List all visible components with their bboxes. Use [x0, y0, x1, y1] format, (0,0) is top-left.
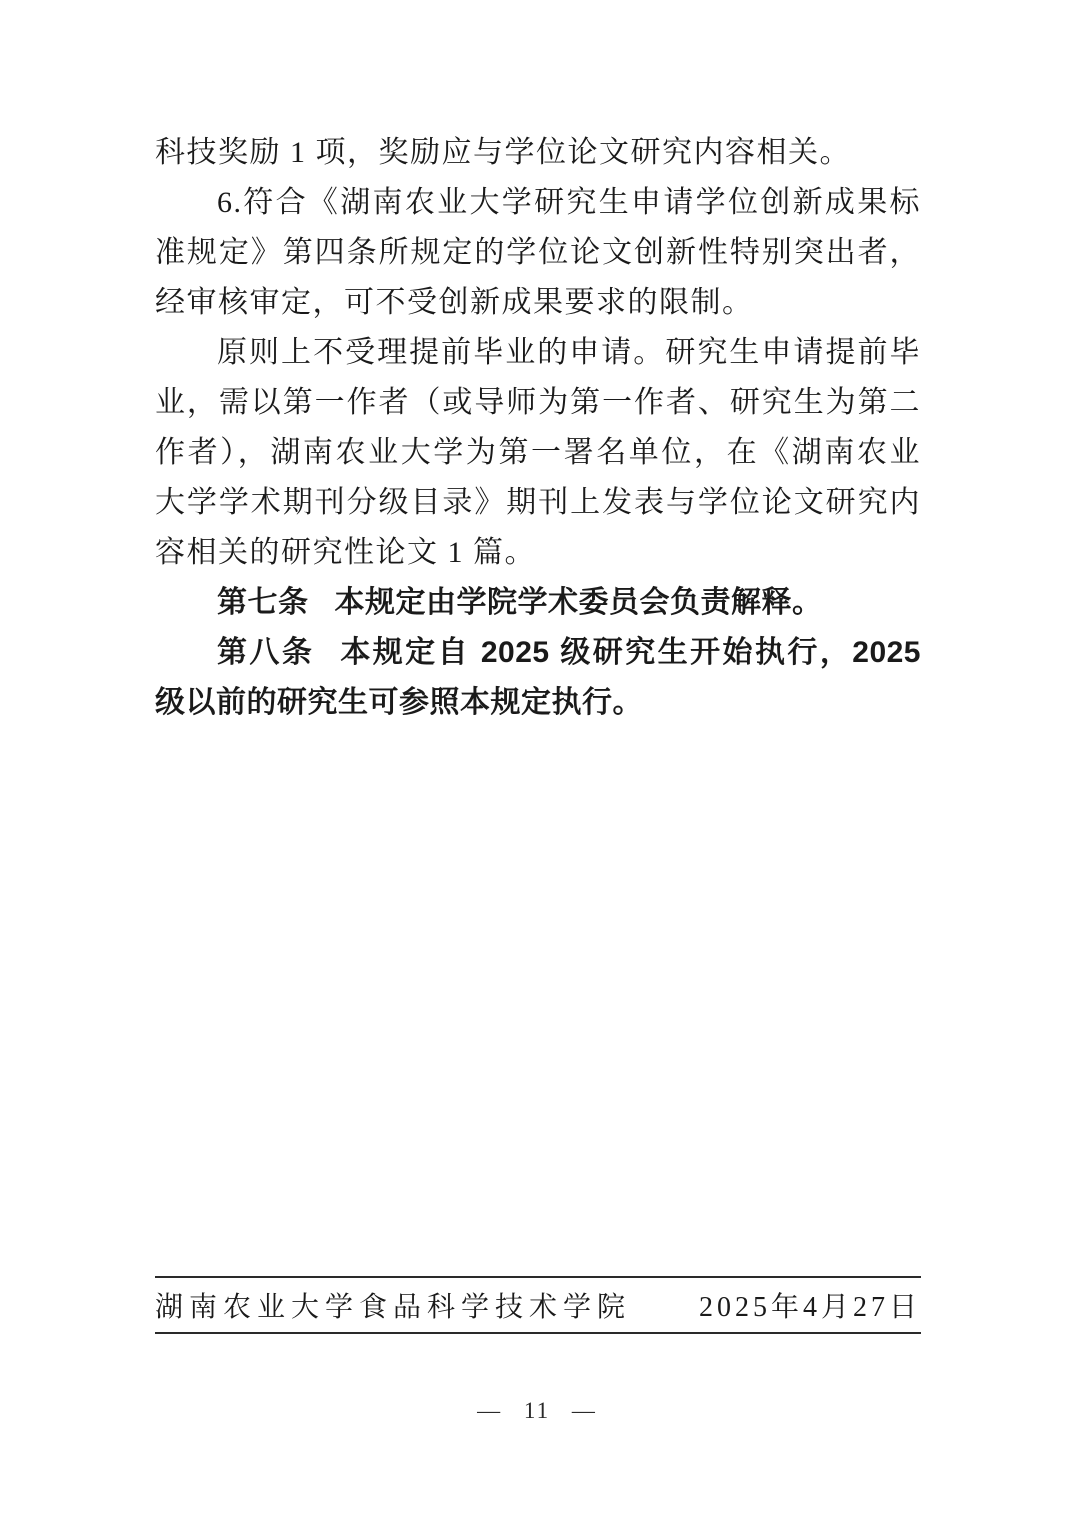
footer-bottom-rule [155, 1332, 921, 1334]
footer-date: 2025年4月27日 [699, 1285, 921, 1325]
article-7: 第七条本规定由学院学术委员会负责解释。 [155, 578, 921, 628]
page-number: — 11 — [0, 1398, 1074, 1424]
paragraph-continuation: 科技奖励 1 项，奖励应与学位论文研究内容相关。 [155, 128, 921, 178]
institution-name: 湖南农业大学食品科学技术学院 [155, 1285, 631, 1325]
page-footer: 湖南农业大学食品科学技术学院 2025年4月27日 [155, 1276, 921, 1334]
article-7-term: 第七条 [217, 586, 309, 619]
article-8-term: 第八条 [217, 636, 314, 669]
footer-row: 湖南农业大学食品科学技术学院 2025年4月27日 [155, 1278, 921, 1332]
article-8: 第八条本规定自 2025 级研究生开始执行，2025 级以前的研究生可参照本规定… [155, 628, 921, 728]
paragraph-item-6: 6.符合《湖南农业大学研究生申请学位创新成果标准规定》第四条所规定的学位论文创新… [155, 178, 921, 328]
paragraph-early-graduation: 原则上不受理提前毕业的申请。研究生申请提前毕业，需以第一作者（或导师为第一作者、… [155, 328, 921, 578]
document-page: 科技奖励 1 项，奖励应与学位论文研究内容相关。 6.符合《湖南农业大学研究生申… [0, 0, 1074, 1520]
article-7-text: 本规定由学院学术委员会负责解释。 [335, 586, 823, 619]
document-body: 科技奖励 1 项，奖励应与学位论文研究内容相关。 6.符合《湖南农业大学研究生申… [155, 128, 921, 728]
